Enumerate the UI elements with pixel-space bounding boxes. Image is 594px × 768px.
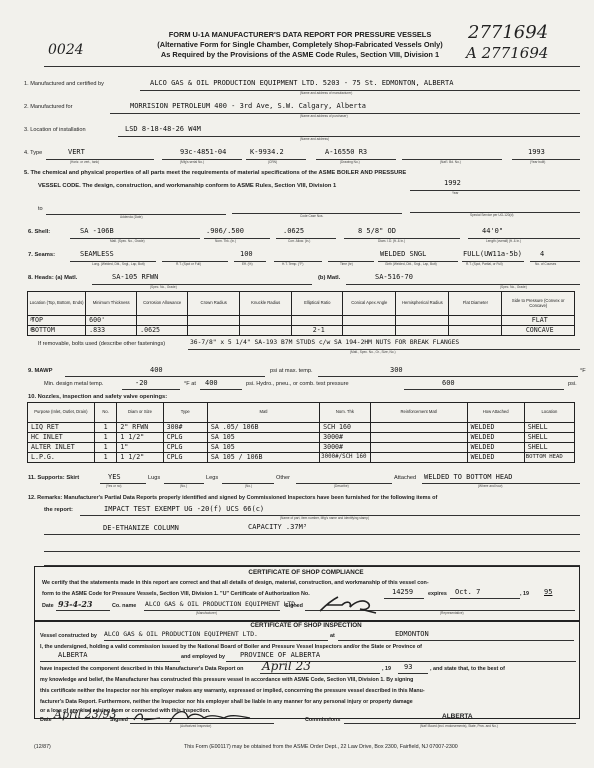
- caption: (No.): [245, 484, 252, 488]
- caption: R.T. (Spot or Full): [176, 262, 201, 266]
- item11-label: 11. Supports: Skirt: [28, 475, 79, 481]
- caption: (Name of part, item number, Mfg's name a…: [280, 516, 369, 520]
- handwritten-number-left: 0024: [48, 42, 84, 58]
- f-at-label: °F at: [184, 381, 196, 387]
- expires-label: expires: [428, 591, 447, 597]
- table-row: HC INLET 1 1 1/2" CPLG SA 105 3000# WELD…: [28, 433, 575, 443]
- cell: .0625: [137, 326, 188, 336]
- girth-seam-value: WELDED SNGL: [380, 250, 426, 258]
- drawing-value: A-16550 R3: [325, 148, 367, 156]
- cell: 3000#: [320, 433, 370, 443]
- skirt-value: YES: [108, 473, 121, 481]
- psi-unit: psi.: [568, 381, 577, 387]
- cell: [370, 453, 467, 463]
- caption: Year: [452, 191, 458, 195]
- caption: Long. (Welded, Dbl., Sngl., Lap, Butt): [92, 262, 145, 266]
- caption: Length (overall) (ft. & in.): [486, 239, 521, 243]
- table-row: BOTTOM .833 .0625 2-1 CONCAVE: [28, 326, 575, 336]
- heads-table-header: Location (Top, Bottom, Ends) Minimum Thi…: [28, 292, 575, 316]
- bolts-label: If removable, bolts used (describe other…: [38, 341, 165, 347]
- at-psi-value: 400: [205, 379, 218, 387]
- cell: SA 105: [207, 433, 319, 443]
- caption: Corr. Allow. (in.): [288, 239, 310, 243]
- col-elliptical: Elliptical Ratio: [292, 292, 343, 316]
- test-pressure-value: 600: [442, 379, 455, 387]
- compliance-title: CERTIFICATE OF SHOP COMPLIANCE: [34, 569, 578, 576]
- col-conical: Conical Apex Angle: [343, 292, 396, 316]
- caption: (Drawing No.): [340, 160, 360, 164]
- caption: Special Service per UG-120(d): [470, 213, 513, 217]
- courses-value: 4: [540, 250, 544, 258]
- cell: CPLG: [163, 443, 207, 453]
- col-side: Side to Pressure (Convex or Concave): [502, 292, 575, 316]
- table-row: LIQ RET 1 2" RFWN 300# SA .05/ 106B SCH …: [28, 423, 575, 433]
- caption: (No.): [180, 484, 187, 488]
- handwritten-number-top: 2771694: [468, 22, 548, 43]
- caption: (Matl., Spec. No., Gr., Size, No.): [350, 350, 396, 354]
- item12-label: 12. Remarks: Manufacturer's Partial Data…: [28, 495, 437, 501]
- cell: ALTER INLET: [28, 443, 95, 453]
- manufacturer-value: ALCO GAS & OIL PRODUCTION EQUIPMENT LTD.…: [150, 79, 453, 87]
- legs-label: Legs: [206, 475, 218, 481]
- cell: L.P.G.: [28, 453, 95, 463]
- cell: 1: [94, 423, 117, 433]
- caption: (CRN): [268, 160, 277, 164]
- col-matl: Matl: [207, 403, 319, 423]
- remarks-line2a: DE-ETHANIZE COLUMN: [103, 524, 179, 532]
- min-temp-value: -20: [135, 379, 148, 387]
- co-name-value: ALCO GAS & OIL PRODUCTION EQUIPMENT LTD.: [145, 600, 299, 608]
- code-year-value: 1992: [444, 179, 461, 187]
- attached-label: Attached: [394, 475, 416, 481]
- compliance-text1: We certify that the statements made in t…: [42, 580, 429, 586]
- col-knuckle: Knuckle Radius: [240, 292, 292, 316]
- item1-label: 1. Manufactured and certified by: [24, 81, 104, 87]
- caption: (Nat'l Board (incl. endorsements), State…: [420, 724, 498, 728]
- item5-line2: VESSEL CODE. The design, construction, a…: [38, 183, 336, 189]
- col-min-thickness: Minimum Thickness: [86, 292, 137, 316]
- caption: Girth (Welded, Dbl., Sngl., Lap, Butt): [385, 262, 437, 266]
- shell-corrosion-value: .0625: [283, 227, 304, 235]
- caption: (Spec. No., Grade): [150, 285, 177, 289]
- cell: WELDED: [467, 443, 524, 453]
- cell: 600': [86, 316, 137, 326]
- cell: BOTTOM: [28, 326, 86, 336]
- employed-by-label: and employed by: [181, 654, 225, 660]
- item8-label: 8. Heads: (a) Matl.: [28, 275, 77, 281]
- cell: SCH 160: [320, 423, 370, 433]
- min-temp-label: Min. design metal temp.: [44, 381, 103, 387]
- girth-rt-value: FULL(UW11a-5b): [463, 250, 522, 258]
- long-seam-value: SEAMLESS: [80, 250, 114, 258]
- nozzles-table-header: Purpose (Inlet, Outlet, Drain) No. Diam …: [28, 403, 575, 423]
- table-row: L.P.G. 1 1 1/2" CPLG SA 105 / 106B 3000#…: [28, 453, 575, 463]
- purchaser-value: MORRISION PETROLEUM 400 - 3rd Ave, S.W. …: [130, 102, 366, 110]
- cell: 1 1/2": [117, 453, 163, 463]
- cell: 1 1/2": [117, 433, 163, 443]
- cell: [370, 433, 467, 443]
- caption: (Name and address of purchaser): [300, 114, 348, 118]
- year-prefix: , 19: [382, 666, 391, 672]
- mawp-value: 400: [150, 366, 163, 374]
- cell: LIQ RET: [28, 423, 95, 433]
- cell: WELDED: [467, 433, 524, 443]
- col-crown: Crown Radius: [188, 292, 240, 316]
- inspection-signed-label: Signed: [110, 717, 128, 723]
- item10-label: 10. Nozzles, inspection and safety valve…: [28, 394, 167, 400]
- head-b-label: (b) Matl.: [318, 275, 340, 281]
- cell: 1: [94, 453, 117, 463]
- compliance-signed-label: Signed: [285, 603, 303, 609]
- caption: Eff. (%): [242, 262, 253, 266]
- caption: Nom. Thk. (in.): [215, 239, 236, 243]
- row-tag: (a): [30, 317, 34, 321]
- efficiency-value: 100: [240, 250, 253, 258]
- footer-note: This Form (E00117) may be obtained from …: [184, 744, 458, 750]
- cell: [343, 316, 396, 326]
- year-prefix: , 19: [520, 591, 529, 597]
- cell: [240, 326, 292, 336]
- inspected-on-value: April 23: [262, 659, 311, 673]
- item5-line1: 5. The chemical and physical properties …: [24, 170, 406, 176]
- head-b-material-value: SA-516-70: [375, 273, 413, 281]
- row-tag: (b): [30, 327, 34, 331]
- constructed-by-value: ALCO GAS & OIL PRODUCTION EQUIPMENT LTD.: [104, 630, 258, 638]
- cell: 3000#/SCH 160: [320, 453, 370, 463]
- cell: 1: [94, 433, 117, 443]
- form-revision: (12/87): [34, 744, 51, 750]
- col-diam: Diam or Size: [117, 403, 163, 423]
- cell: SA 105 / 106B: [207, 453, 319, 463]
- caption: (Where and how): [478, 484, 502, 488]
- inspection-text1: I, the undersigned, holding a valid comm…: [40, 644, 422, 650]
- header-rule: [44, 66, 580, 67]
- caption: (Authorized Inspector): [180, 724, 211, 728]
- heads-table: Location (Top, Bottom, Ends) Minimum Thi…: [27, 291, 575, 336]
- inspection-date-label: Date: [40, 717, 52, 723]
- caption: (Year built): [530, 160, 545, 164]
- inspection-text3: my knowledge and belief, the Manufacture…: [40, 677, 413, 683]
- caption: Matl. (Spec. No., Grade): [110, 239, 145, 243]
- cell: [188, 316, 240, 326]
- crn-value: K-9934.2: [250, 148, 284, 156]
- caption: (Yes or no): [106, 484, 121, 488]
- cell: CPLG: [163, 453, 207, 463]
- cell: [343, 326, 396, 336]
- cell: SHELL: [524, 433, 574, 443]
- cell: [396, 326, 449, 336]
- caption: (Manufacturer): [196, 611, 217, 615]
- form-subtitle: (Alternative Form for Single Chamber, Co…: [140, 40, 460, 49]
- test-pressure-label: psi. Hydro., pneu., or comb. test pressu…: [246, 381, 349, 387]
- commissions-value: ALBERTA: [442, 713, 473, 720]
- at-value: EDMONTON: [395, 630, 429, 638]
- col-how-attached: How Attached: [467, 403, 524, 423]
- representative-signature: [316, 593, 396, 615]
- to-label: to: [38, 206, 43, 212]
- cell: CONCAVE: [502, 326, 575, 336]
- cell: WELDED: [467, 423, 524, 433]
- cell: 3000#: [320, 443, 370, 453]
- cell: 1: [94, 443, 117, 453]
- installation-value: LSD 8-18-48-26 W4M: [125, 125, 201, 133]
- caption: (Representative): [440, 611, 464, 615]
- bolts-value: 36-7/8" x 5 1/4" SA-193 B7M STUDS c/w SA…: [190, 339, 459, 346]
- serial-value: 93c-4851-04: [180, 148, 226, 156]
- col-flat: Flat Diameter: [449, 292, 502, 316]
- cell: WELDED: [467, 453, 524, 463]
- item7-label: 7. Seams:: [28, 252, 55, 258]
- cell: [449, 326, 502, 336]
- caption: (Mfg's serial No.): [180, 160, 204, 164]
- col-corrosion: Corrosion Allowance: [137, 292, 188, 316]
- report-label: the report:: [44, 507, 73, 513]
- col-nom-thk: Nom. Thk: [320, 403, 370, 423]
- deg-f-label: °F: [580, 368, 586, 374]
- type-value: VERT: [68, 148, 85, 156]
- inspection-text2b: , and state that, to the best of: [430, 666, 505, 672]
- year-built-value: 1993: [528, 148, 545, 156]
- cell: [449, 316, 502, 326]
- cell: CPLG: [163, 433, 207, 443]
- at-label: at: [330, 633, 335, 639]
- cell: [188, 326, 240, 336]
- remarks-line1: IMPACT TEST EXEMPT UG -20(f) UCS 66(c): [104, 505, 264, 513]
- lugs-label: Lugs: [148, 475, 160, 481]
- inspection-year-value: 93: [404, 663, 412, 671]
- caption: (Describe): [334, 484, 349, 488]
- co-name-label: Co. name: [112, 603, 136, 609]
- expires-year-value: 95: [544, 588, 552, 596]
- item3-label: 3. Location of installation: [24, 127, 86, 133]
- caption: Diam. I.D. (ft. & in.): [378, 239, 405, 243]
- item6-label: 6. Shell:: [28, 229, 50, 235]
- item2-label: 2. Manufactured for: [24, 104, 73, 110]
- shell-diameter-value: 8 5/8" OD: [358, 227, 396, 235]
- province-value: ALBERTA: [58, 651, 88, 659]
- cell: SHELL: [524, 443, 574, 453]
- inspection-date-value: April 23/93: [54, 708, 116, 721]
- col-location: Location: [524, 403, 574, 423]
- nozzles-table: Purpose (Inlet, Outlet, Drain) No. Diam …: [27, 402, 575, 463]
- caption: (Spec. No., Grade): [500, 285, 527, 289]
- col-purpose: Purpose (Inlet, Outlet, Drain): [28, 403, 95, 423]
- caption: Time (hr): [340, 262, 353, 266]
- cell: [370, 423, 467, 433]
- col-no: No.: [94, 403, 117, 423]
- item9-label: 9. MAWP: [28, 368, 52, 374]
- shell-length-value: 44'0": [482, 227, 503, 235]
- col-hemispherical: Hemispherical Radius: [396, 292, 449, 316]
- caption: R.T. (Spot, Partial, or Full): [466, 262, 503, 266]
- caption: (Horiz. or vert., tank): [70, 160, 99, 164]
- caption: No. of Courses: [535, 262, 556, 266]
- cell: [396, 316, 449, 326]
- other-label: Other: [276, 475, 290, 481]
- psi-at-label: psi at max. temp.: [270, 368, 313, 374]
- cell: 1": [117, 443, 163, 453]
- inspection-text4: this certificate neither the Inspector n…: [40, 688, 425, 694]
- head-a-material-value: SA-105 RFWN: [112, 273, 158, 281]
- cell: .833: [86, 326, 137, 336]
- cell: [292, 316, 343, 326]
- col-reinforcement: Reinforcement Matl: [370, 403, 467, 423]
- compliance-text2: form to the ASME Code for Pressure Vesse…: [42, 591, 310, 597]
- cell: 300#: [163, 423, 207, 433]
- inspection-text2: have inspected the component described i…: [40, 666, 243, 672]
- shell-material-value: SA -106B: [80, 227, 114, 235]
- shell-thickness-value: .906/.500: [206, 227, 244, 235]
- form-provision: As Required by the Provisions of the ASM…: [140, 50, 460, 59]
- caption: (Name and address): [300, 137, 329, 141]
- cell: [137, 316, 188, 326]
- table-row: ALTER INLET 1 1" CPLG SA 105 3000# WELDE…: [28, 443, 575, 453]
- cell: SHELL: [524, 423, 574, 433]
- cell: 2-1: [292, 326, 343, 336]
- attached-value: WELDED TO BOTTOM HEAD: [424, 473, 513, 481]
- cell: [240, 316, 292, 326]
- max-temp-value: 300: [390, 366, 403, 374]
- cell: SA 105: [207, 443, 319, 453]
- cell: SA .05/ 106B: [207, 423, 319, 433]
- inspection-title: CERTIFICATE OF SHOP INSPECTION: [34, 622, 578, 629]
- data-report-page: FORM U-1A MANUFACTURER'S DATA REPORT FOR…: [0, 0, 594, 768]
- table-row: TOP 600' FLAT: [28, 316, 575, 326]
- caption: Addenda (Date): [120, 215, 143, 219]
- cell: HC INLET: [28, 433, 95, 443]
- handwritten-number-right: A 2771694: [466, 44, 548, 62]
- cell: BOTTOM HEAD: [524, 453, 574, 463]
- remarks-line2b: CAPACITY .37M³: [248, 523, 307, 531]
- compliance-date-value: 93-4-23: [58, 599, 92, 609]
- caption: Code Case Nos.: [300, 214, 323, 218]
- caption: (Name and address of manufacturer): [300, 91, 352, 95]
- caption: H.T. Temp. (°F): [282, 262, 303, 266]
- cell: [370, 443, 467, 453]
- cell: FLAT: [502, 316, 575, 326]
- constructed-by-label: Vessel constructed by: [40, 633, 97, 639]
- col-type: Type: [163, 403, 207, 423]
- cell: 2" RFWN: [117, 423, 163, 433]
- cell: TOP: [28, 316, 86, 326]
- expires-value: Oct. 7: [455, 588, 480, 596]
- commissions-label: Commissions: [305, 717, 340, 723]
- compliance-date-label: Date: [42, 603, 54, 609]
- col-location: Location (Top, Bottom, Ends): [28, 292, 86, 316]
- employer-value: PROVINCE OF ALBERTA: [240, 651, 320, 659]
- caption: (Nat'l. Bd. No.): [440, 160, 461, 164]
- item4-label: 4. Type: [24, 150, 42, 156]
- form-title: FORM U-1A MANUFACTURER'S DATA REPORT FOR…: [140, 30, 460, 39]
